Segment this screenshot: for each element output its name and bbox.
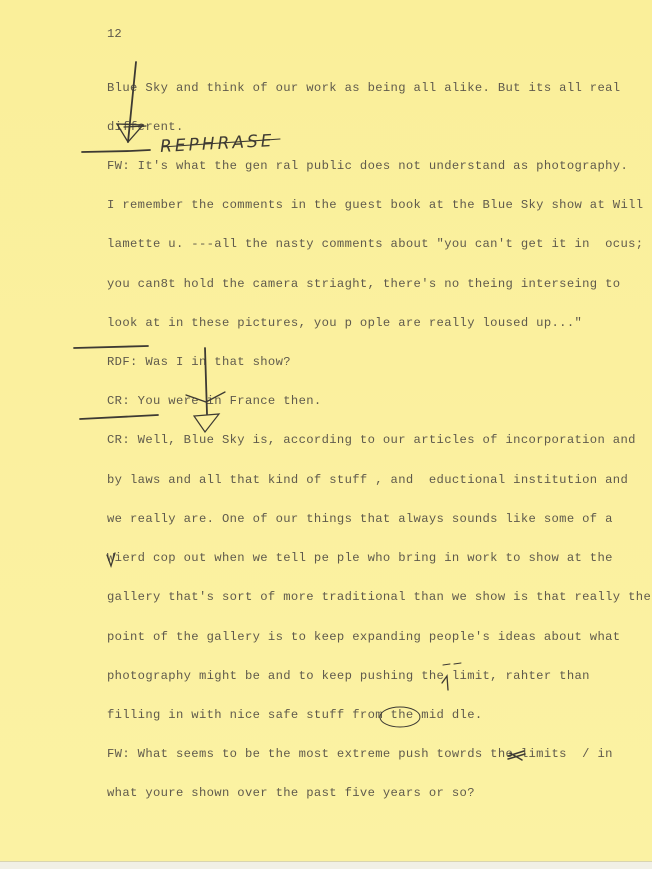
- text-line: FW: What seems to be the most extreme pu…: [107, 747, 613, 761]
- text-line: different.: [107, 120, 184, 134]
- text-line: CR: Well, Blue Sky is, according to our …: [107, 433, 636, 447]
- text-line: look at in these pictures, you p ople ar…: [107, 316, 582, 330]
- text-line: we really are. One of our things that al…: [107, 512, 613, 526]
- page-number: 12: [107, 27, 122, 41]
- typed-page: [0, 0, 652, 861]
- text-line: by laws and all that kind of stuff , and…: [107, 473, 628, 487]
- text-line: Blue Sky and think of our work as being …: [107, 81, 620, 95]
- text-line: you can8t hold the camera striaght, ther…: [107, 277, 620, 291]
- text-line: CR: You were in France then.: [107, 394, 322, 408]
- text-line: Wierd cop out when we tell pe ple who br…: [107, 551, 613, 565]
- page-bottom-edge: [0, 861, 652, 869]
- text-line: filling in with nice safe stuff from the…: [107, 708, 483, 722]
- text-line: lamette u. ---all the nasty comments abo…: [107, 237, 643, 251]
- text-line: gallery that's sort of more traditional …: [107, 590, 651, 604]
- text-line: FW: It's what the gen ral public does no…: [107, 159, 628, 173]
- text-line: photography might be and to keep pushing…: [107, 669, 590, 683]
- text-line: I remember the comments in the guest boo…: [107, 198, 643, 212]
- text-line: what youre shown over the past five year…: [107, 786, 475, 800]
- text-line: point of the gallery is to keep expandin…: [107, 630, 620, 644]
- text-line: RDF: Was I in that show?: [107, 355, 291, 369]
